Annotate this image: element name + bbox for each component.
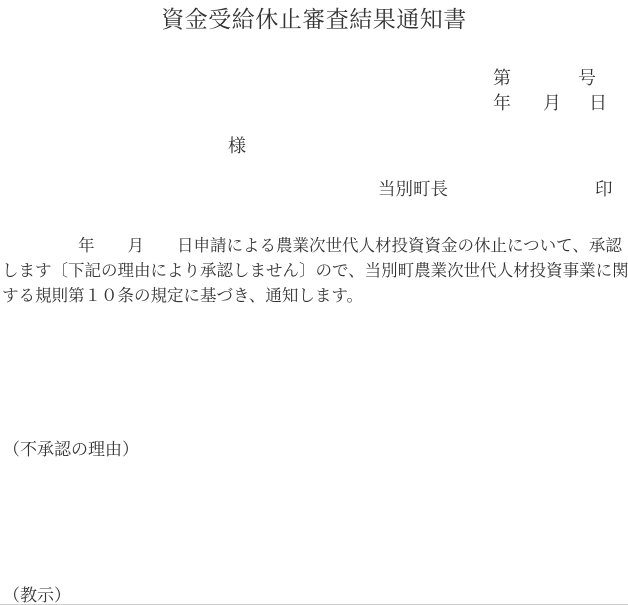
date-year-label: 年 — [493, 93, 511, 113]
body-line: 年 月 日申請による農業次世代人材投資資金の休止について、承認 — [2, 233, 628, 258]
body-paragraph: 年 月 日申請による農業次世代人材投資資金の休止について、承認 します〔下記の理… — [2, 233, 628, 308]
date-month-label: 月 — [543, 93, 561, 113]
disapproval-reason-label: （不承認の理由） — [3, 435, 139, 460]
document-title: 資金受給休止審査結果通知書 — [0, 1, 628, 34]
document-page: 資金受給休止審査結果通知書 第 号 年 月 日 様 当別町長 印 年 月 日申請… — [0, 0, 628, 605]
doc-number-prefix: 第 — [493, 68, 511, 88]
instruction-label: （教示） — [3, 581, 71, 605]
body-line: する規則第１０条の規定に基づき、通知します。 — [2, 283, 628, 308]
date-day-label: 日 — [589, 93, 607, 113]
doc-number-suffix: 号 — [578, 68, 596, 88]
doc-number-line: 第 号 — [0, 68, 628, 88]
date-line: 年 月 日 — [0, 93, 628, 113]
body-line: します〔下記の理由により承認しません〕ので、当別町農業次世代人材投資事業に関 — [2, 258, 628, 283]
sender-name: 当別町長 — [378, 176, 448, 201]
seal-mark: 印 — [595, 176, 613, 201]
addressee-honorific: 様 — [228, 132, 246, 158]
